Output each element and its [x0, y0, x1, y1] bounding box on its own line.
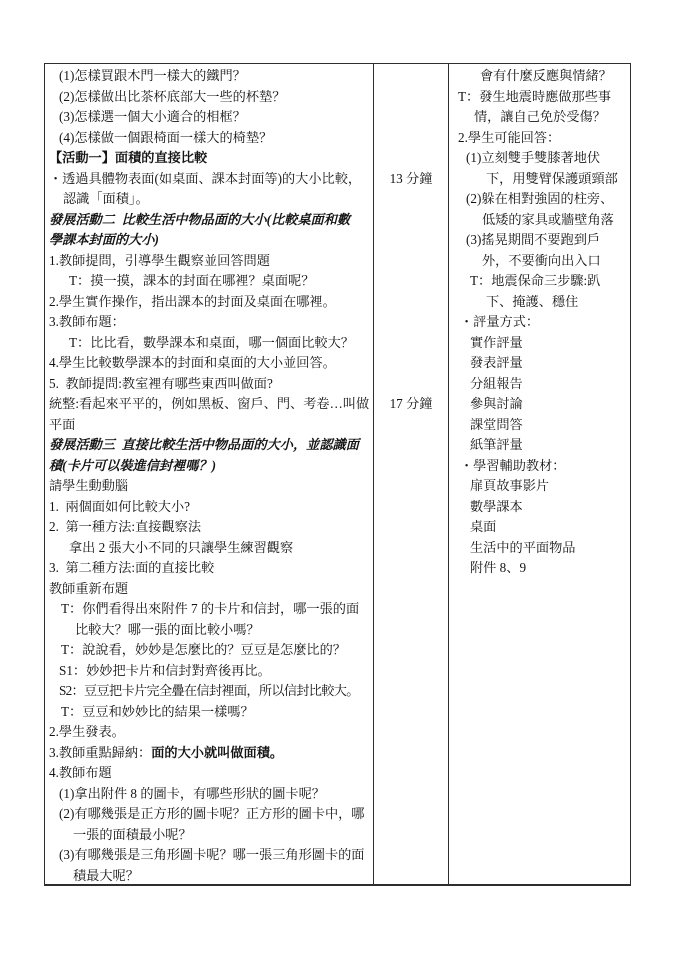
- text-segment: 參與討論: [470, 396, 523, 411]
- text-line: S2：豆豆把卡片完全疊在信封裡面，所以信封比較大。: [49, 681, 373, 702]
- text-line: 2. 第一種方法:直接觀察法: [49, 517, 373, 538]
- text-segment: T：發生地震時應做那些事: [458, 89, 611, 104]
- text-segment: T：比比看，數學課本和桌面，哪一個面比較大？: [69, 335, 354, 350]
- text-segment: (2)躲在相對強固的柱旁、: [466, 191, 613, 206]
- duration-column: 13 分鐘17 分鐘: [374, 64, 449, 884]
- duration-label: 17 分鐘: [374, 394, 448, 415]
- text-line: 4.學生比較數學課本的封面和桌面的大小並回答。: [49, 353, 373, 374]
- text-line: 積最大呢？: [49, 866, 373, 885]
- text-line: (1)立刻雙手雙膝著地伏: [458, 148, 630, 169]
- text-line: 外，不要衝向出入口: [458, 251, 630, 272]
- text-segment: 外，不要衝向出入口: [482, 253, 601, 268]
- text-line: 認識「面積」。: [49, 189, 373, 210]
- text-line: 教師重新布題: [49, 579, 373, 600]
- text-line: 2.學生發表。: [49, 722, 373, 743]
- text-segment: 下、掩護、穩住: [486, 294, 578, 309]
- text-line: S1：妙妙把卡片和信封對齊後再比。: [49, 661, 373, 682]
- text-line: 參與討論: [458, 394, 630, 415]
- text-segment: 低矮的家具或牆壁角落: [482, 212, 614, 227]
- text-line: T：豆豆和妙妙比的結果一樣嗎？: [49, 702, 373, 723]
- text-line: T：比比看，數學課本和桌面，哪一個面比較大？: [49, 333, 373, 354]
- text-segment: ・透過具體物表面(如桌面、課本封面等)的大小比較，: [49, 171, 361, 186]
- text-line: T：發生地震時應做那些事: [458, 87, 630, 108]
- text-line: 統整:看起來平平的，例如黑板、窗戶、門、考卷…叫做: [49, 394, 373, 415]
- text-line: 5. 教師提問:教室裡有哪些東西叫做面?: [49, 374, 373, 395]
- text-line: 4.教師布題: [49, 763, 373, 784]
- text-line: 1.教師提問，引導學生觀察並回答問題: [49, 251, 373, 272]
- text-segment: 附件 8、9: [470, 560, 526, 575]
- text-line: 3. 第二種方法:面的直接比較: [49, 558, 373, 579]
- text-line: 【活動一】面積的直接比較: [49, 148, 373, 169]
- text-segment: 面的大小就叫做面積。: [151, 745, 283, 760]
- activities-column: (1)怎樣買跟木門一樣大的鐵門？(2)怎樣做出比茶杯底部大一些的杯墊？(3)怎樣…: [45, 64, 374, 884]
- text-line: 一張的面積最小呢？: [49, 825, 373, 846]
- text-segment: (1)怎樣買跟木門一樣大的鐵門？: [59, 68, 246, 83]
- text-line: (3)有哪幾張是三角形圖卡呢？哪一張三角形圖卡的面: [49, 845, 373, 866]
- text-segment: (2)有哪幾張是正方形的圖卡呢？正方形的圖卡中，哪: [59, 806, 365, 821]
- text-segment: 2.學生可能回答：: [458, 130, 560, 145]
- text-segment: 發表評量: [470, 355, 523, 370]
- text-segment: 課堂問答: [470, 417, 523, 432]
- text-line: 平面: [49, 415, 373, 436]
- text-line: (1)拿出附件 8 的圖卡，有哪些形狀的圖卡呢？: [49, 784, 373, 805]
- text-segment: (3)怎樣選一個大小適合的相框？: [59, 109, 246, 124]
- text-segment: 分組報告: [470, 376, 523, 391]
- text-line: T：你們看得出來附件 7 的卡片和信封，哪一張的面: [49, 599, 373, 620]
- text-segment: 平面: [49, 417, 75, 432]
- text-segment: 發展活動二 比較生活中物品面的大小(比較桌面和數: [49, 212, 350, 227]
- text-line: (3)搖晃期間不要跑到戶: [458, 230, 630, 251]
- text-line: (3)怎樣選一個大小適合的相框？: [49, 107, 373, 128]
- lesson-plan-table: (1)怎樣買跟木門一樣大的鐵門？(2)怎樣做出比茶杯底部大一些的杯墊？(3)怎樣…: [44, 63, 631, 886]
- text-segment: 學課本封面的大小): [49, 232, 159, 247]
- text-line: ・透過具體物表面(如桌面、課本封面等)的大小比較，: [49, 169, 373, 190]
- text-segment: (3)有哪幾張是三角形圖卡呢？哪一張三角形圖卡的面: [59, 847, 365, 862]
- text-segment: T：摸一摸，課本的封面在哪裡？桌面呢？: [69, 273, 314, 288]
- text-segment: 一張的面積最小呢？: [73, 827, 192, 842]
- text-line: 發表評量: [458, 353, 630, 374]
- text-segment: 紙筆評量: [470, 437, 523, 452]
- text-line: 發展活動二 比較生活中物品面的大小(比較桌面和數: [49, 210, 373, 231]
- text-line: 數學課本: [458, 497, 630, 518]
- text-segment: (3)搖晃期間不要跑到戶: [466, 232, 600, 247]
- text-segment: 扉頁故事影片: [470, 478, 549, 493]
- text-segment: S1：妙妙把卡片和信封對齊後再比。: [59, 663, 271, 678]
- text-segment: (2)怎樣做出比茶杯底部大一些的杯墊？: [59, 89, 285, 104]
- text-line: 扉頁故事影片: [458, 476, 630, 497]
- text-line: 2.學生實作操作，指出課本的封面及桌面在哪裡。: [49, 292, 373, 313]
- text-line: (2)有哪幾張是正方形的圖卡呢？正方形的圖卡中，哪: [49, 804, 373, 825]
- text-line: (2)怎樣做出比茶杯底部大一些的杯墊？: [49, 87, 373, 108]
- text-segment: 拿出 2 張大小不同的只讓學生練習觀察: [69, 540, 293, 555]
- text-line: 請學生動動腦: [49, 476, 373, 497]
- text-segment: 實作評量: [470, 335, 523, 350]
- text-segment: (1)拿出附件 8 的圖卡，有哪些形狀的圖卡呢？: [59, 786, 325, 801]
- text-segment: 積最大呢？: [73, 868, 139, 883]
- text-segment: 1. 兩個面如何比較大小?: [49, 499, 190, 514]
- text-line: 低矮的家具或牆壁角落: [458, 210, 630, 231]
- text-segment: (4)怎樣做一個跟椅面一樣大的椅墊？: [59, 130, 272, 145]
- text-segment: 3.教師布題：: [49, 314, 125, 329]
- text-segment: (1)立刻雙手雙膝著地伏: [466, 150, 600, 165]
- text-line: ・評量方式：: [458, 312, 630, 333]
- text-segment: 認識「面積」。: [63, 191, 149, 206]
- text-line: (4)怎樣做一個跟椅面一樣大的椅墊？: [49, 128, 373, 149]
- text-segment: 4.教師布題: [49, 765, 112, 780]
- text-line: ・學習輔助教材：: [458, 456, 630, 477]
- text-line: 桌面: [458, 517, 630, 538]
- text-segment: 5. 教師提問:教室裡有哪些東西叫做面?: [49, 376, 273, 391]
- text-segment: 2. 第一種方法:直接觀察法: [49, 519, 201, 534]
- text-segment: 發展活動三 直接比較生活中物品面的大小，並認識面: [49, 437, 359, 452]
- text-segment: 積(卡片可以裝進信封裡嗎？): [49, 458, 216, 473]
- text-line: 拿出 2 張大小不同的只讓學生練習觀察: [49, 538, 373, 559]
- text-line: 下，用雙臂保護頭頸部: [458, 169, 630, 190]
- duration-label: 13 分鐘: [374, 169, 448, 190]
- text-line: 3.教師重點歸納：面的大小就叫做面積。: [49, 743, 373, 764]
- text-line: (2)躲在相對強固的柱旁、: [458, 189, 630, 210]
- text-segment: 4.學生比較數學課本的封面和桌面的大小並回答。: [49, 355, 336, 370]
- text-segment: 下，用雙臂保護頭頸部: [486, 171, 618, 186]
- text-segment: 桌面: [470, 519, 496, 534]
- text-line: 附件 8、9: [458, 558, 630, 579]
- text-line: T：說說看，妙妙是怎麼比的？豆豆是怎麼比的？: [49, 640, 373, 661]
- text-line: 課堂問答: [458, 415, 630, 436]
- text-segment: 會有什麼反應與情緒？: [480, 68, 612, 83]
- text-line: 2.學生可能回答：: [458, 128, 630, 149]
- text-segment: 數學課本: [470, 499, 523, 514]
- text-segment: 統整:看起來平平的，例如黑板、窗戶、門、考卷…叫做: [49, 396, 369, 411]
- text-segment: T：說說看，妙妙是怎麼比的？豆豆是怎麼比的？: [61, 642, 346, 657]
- text-line: 下、掩護、穩住: [458, 292, 630, 313]
- text-segment: 情，讓自己免於受傷？: [474, 109, 606, 124]
- text-line: 分組報告: [458, 374, 630, 395]
- text-line: 比較大？哪一張的面比較小嗎？: [49, 620, 373, 641]
- text-segment: 請學生動動腦: [49, 478, 128, 493]
- text-segment: 1.教師提問，引導學生觀察並回答問題: [49, 253, 270, 268]
- text-line: (1)怎樣買跟木門一樣大的鐵門？: [49, 66, 373, 87]
- text-segment: 生活中的平面物品: [470, 540, 576, 555]
- text-line: 情，讓自己免於受傷？: [458, 107, 630, 128]
- text-line: T：地震保命三步驟:趴: [458, 271, 630, 292]
- text-segment: 比較大？哪一張的面比較小嗎？: [75, 622, 260, 637]
- text-segment: S2：豆豆把卡片完全疊在信封裡面，所以信封比較大。: [59, 683, 359, 698]
- text-segment: T：豆豆和妙妙比的結果一樣嗎？: [61, 704, 254, 719]
- text-segment: 3. 第二種方法:面的直接比較: [49, 560, 214, 575]
- text-segment: 【活動一】面積的直接比較: [49, 150, 207, 165]
- text-line: 3.教師布題：: [49, 312, 373, 333]
- text-line: 發展活動三 直接比較生活中物品面的大小，並認識面: [49, 435, 373, 456]
- notes-column: 會有什麼反應與情緒？T：發生地震時應做那些事情，讓自己免於受傷？2.學生可能回答…: [449, 64, 630, 884]
- text-line: 積(卡片可以裝進信封裡嗎？): [49, 456, 373, 477]
- text-line: 1. 兩個面如何比較大小?: [49, 497, 373, 518]
- text-segment: T：你們看得出來附件 7 的卡片和信封，哪一張的面: [61, 601, 359, 616]
- text-segment: 3.教師重點歸納：: [49, 745, 151, 760]
- text-segment: ・學習輔助教材：: [460, 458, 566, 473]
- text-line: 會有什麼反應與情緒？: [458, 66, 630, 87]
- text-line: 實作評量: [458, 333, 630, 354]
- text-line: T：摸一摸，課本的封面在哪裡？桌面呢？: [49, 271, 373, 292]
- text-segment: T：地震保命三步驟:趴: [470, 273, 600, 288]
- text-segment: 2.學生實作操作，指出課本的封面及桌面在哪裡。: [49, 294, 336, 309]
- text-segment: 2.學生發表。: [49, 724, 125, 739]
- text-line: 生活中的平面物品: [458, 538, 630, 559]
- text-line: 紙筆評量: [458, 435, 630, 456]
- text-segment: 教師重新布題: [49, 581, 128, 596]
- text-line: 學課本封面的大小): [49, 230, 373, 251]
- text-segment: ・評量方式：: [460, 314, 539, 329]
